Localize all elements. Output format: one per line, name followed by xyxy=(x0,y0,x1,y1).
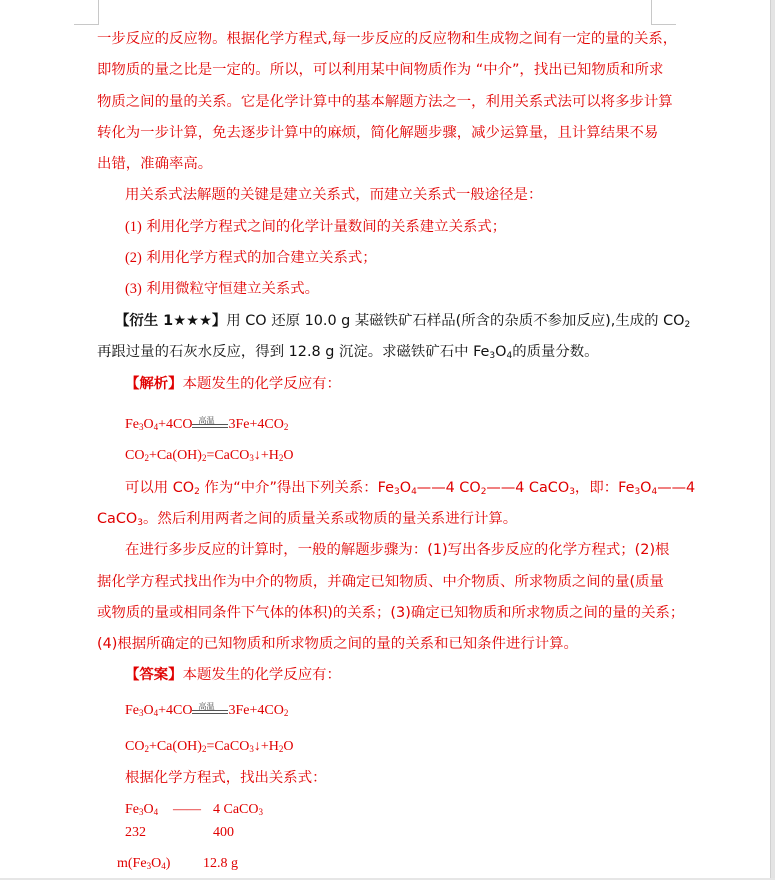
relation-left: m(Fe3O4) xyxy=(117,854,203,874)
text: Fe xyxy=(125,802,139,817)
eq-term: =CaCO xyxy=(206,739,249,754)
eq-term: ↓+H xyxy=(254,739,279,754)
text: 。然后利用两者之间的质量关系或物质的量关系进行计算。 xyxy=(143,511,517,527)
intro-line-4: 转化为一步计算，免去逐步计算中的麻烦，简化解题步骤，减少运算量，且计算结果不易 xyxy=(97,123,653,143)
text: ——4 xyxy=(657,480,695,496)
eq-term: O xyxy=(144,417,154,432)
page-margin-mark-top-left xyxy=(74,0,99,25)
answer-equation-1: Fe3O4+4CO高温3Fe+4CO2 xyxy=(125,701,288,721)
analysis-steps-line-3: 或物质的量或相同条件下气体的体积)的关系；(3)确定已知物质和所求物质之间的量的… xyxy=(97,603,653,623)
analysis-tag: 【解析】 xyxy=(125,376,183,392)
method-number: (3) xyxy=(125,281,142,297)
problem-text: 的质量分数。 xyxy=(512,344,598,360)
analysis-steps-line-4: (4)根据所确定的已知物质和所求物质之间的量的关系和已知条件进行计算。 xyxy=(97,634,578,654)
vertical-scrollbar[interactable] xyxy=(770,0,775,880)
method-text: 利用化学方程式之间的化学计量数间的关系建立关系式； xyxy=(146,219,506,235)
answer-intro: 本题发生的化学反应有： xyxy=(183,667,341,683)
eq-term: O xyxy=(283,739,293,754)
eq-term: +4CO xyxy=(158,703,192,718)
intro-line-5: 出错，准确率高。 xyxy=(97,154,212,174)
text: O xyxy=(151,856,161,871)
answer-relation-intro: 根据化学方程式，找出关系式： xyxy=(125,768,326,788)
subscript: 3 xyxy=(259,807,264,817)
method-number: (1) xyxy=(125,219,142,235)
analysis-heading: 【解析】本题发生的化学反应有： xyxy=(125,374,341,394)
text: O xyxy=(144,802,154,817)
text: 可以用 CO xyxy=(125,480,194,496)
method-item-2: (2) 利用化学方程式的加合建立关系式； xyxy=(125,248,377,268)
problem-text: 再跟过量的石灰水反应，得到 12.8 g 沉淀。求磁铁矿石中 Fe xyxy=(97,344,489,360)
text: O xyxy=(640,480,651,496)
problem-line-1: 【衍生 1★★★】用 CO 还原 10.0 g 某磁铁矿石样品(所含的杂质不参加… xyxy=(115,311,690,331)
answer-tag: 【答案】 xyxy=(125,667,183,683)
analysis-equation-1: Fe3O4+4CO高温3Fe+4CO2 xyxy=(125,415,288,435)
eq-term: Fe xyxy=(125,417,139,432)
document-canvas: 一步反应的反应物。根据化学方程式,每一步反应的反应物和生成物之间有一定的量的关系… xyxy=(0,0,775,880)
text: 4 CaCO xyxy=(213,802,259,817)
subscript: 2 xyxy=(684,320,690,330)
text: m(Fe xyxy=(117,856,147,871)
method-number: (2) xyxy=(125,250,142,266)
relation-dash: —— xyxy=(173,800,213,820)
method-text: 利用微粒守恒建立关系式。 xyxy=(146,281,319,297)
intro-line-1: 一步反应的反应物。根据化学方程式,每一步反应的反应物和生成物之间有一定的量的关系… xyxy=(97,29,653,49)
relation-row-2: 232400 xyxy=(125,823,234,843)
answer-equation-2: CO2+Ca(OH)2=CaCO3↓+H2O xyxy=(125,737,294,757)
problem-line-2: 再跟过量的石灰水反应，得到 12.8 g 沉淀。求磁铁矿石中 Fe3O4的质量分… xyxy=(97,342,599,362)
condition-label: 高温 xyxy=(198,411,214,431)
text: ——4 CaCO xyxy=(486,480,569,496)
relation-row-3: m(Fe3O4)12.8 g xyxy=(117,854,238,874)
reaction-condition-high-temp: 高温 xyxy=(192,705,228,717)
text: ) xyxy=(166,856,171,871)
relation-right: 4 CaCO3 xyxy=(213,800,263,820)
subscript: 2 xyxy=(284,422,289,432)
eq-term: Fe xyxy=(125,703,139,718)
analysis-equation-2: CO2+Ca(OH)2=CaCO3↓+H2O xyxy=(125,446,294,466)
analysis-intro: 本题发生的化学反应有： xyxy=(183,376,341,392)
eq-term: +Ca(OH) xyxy=(149,739,202,754)
subscript: 4 xyxy=(154,807,159,817)
intro-line-3: 物质之间的量的关系。它是化学计算中的基本解题方法之一，利用关系式法可以将多步计算 xyxy=(97,92,653,112)
text: ——4 CO xyxy=(417,480,481,496)
relation-right: 400 xyxy=(213,823,234,843)
text: ，即：Fe xyxy=(575,480,635,496)
key-paragraph: 用关系式法解题的关键是建立关系式，而建立关系式一般途径是： xyxy=(125,185,542,205)
eq-term: CO xyxy=(125,739,144,754)
eq-term: 3Fe+4CO xyxy=(228,703,283,718)
method-item-1: (1) 利用化学方程式之间的化学计量数间的关系建立关系式； xyxy=(125,217,506,237)
page-margin-mark-top-right xyxy=(651,0,676,25)
method-item-3: (3) 利用微粒守恒建立关系式。 xyxy=(125,279,319,299)
analysis-relation-line-1: 可以用 CO2 作为“中介”得出下列关系：Fe3O4——4 CO2——4 CaC… xyxy=(125,478,653,498)
text: O xyxy=(400,480,411,496)
eq-term: 3Fe+4CO xyxy=(228,417,283,432)
reaction-condition-high-temp: 高温 xyxy=(192,419,228,431)
analysis-steps-line-2: 据化学方程式找出作为中介的物质，并确定已知物质、中介物质、所求物质之间的量(质量 xyxy=(97,572,653,592)
eq-term: =CaCO xyxy=(206,448,249,463)
eq-term: CO xyxy=(125,448,144,463)
problem-text: 用 CO 还原 10.0 g 某磁铁矿石样品(所含的杂质不参加反应),生成的 C… xyxy=(226,313,684,329)
method-text: 利用化学方程式的加合建立关系式； xyxy=(146,250,376,266)
relation-left: Fe3O4 xyxy=(125,800,173,820)
eq-term: O xyxy=(144,703,154,718)
relation-left: 232 xyxy=(125,823,213,843)
text: CaCO xyxy=(97,511,137,527)
relation-right: 12.8 g xyxy=(203,854,238,874)
eq-term: O xyxy=(283,448,293,463)
eq-term: +Ca(OH) xyxy=(149,448,202,463)
text: 作为“中介”得出下列关系：Fe xyxy=(200,480,394,496)
eq-term: +4CO xyxy=(158,417,192,432)
problem-tag: 【衍生 1★★★】 xyxy=(115,313,226,329)
analysis-relation-line-2: CaCO3。然后利用两者之间的质量关系或物质的量关系进行计算。 xyxy=(97,509,517,529)
intro-line-2: 即物质的量之比是一定的。所以，可以利用某中间物质作为 “中介”，找出已知物质和所… xyxy=(97,60,653,80)
subscript: 2 xyxy=(284,708,289,718)
relation-row-1: Fe3O4——4 CaCO3 xyxy=(125,800,263,820)
eq-term: ↓+H xyxy=(254,448,279,463)
answer-heading: 【答案】本题发生的化学反应有： xyxy=(125,665,341,685)
analysis-steps-line-1: 在进行多步反应的计算时，一般的解题步骤为：(1)写出各步反应的化学方程式；(2)… xyxy=(125,540,653,560)
problem-text: O xyxy=(495,344,506,360)
condition-label: 高温 xyxy=(198,697,214,717)
